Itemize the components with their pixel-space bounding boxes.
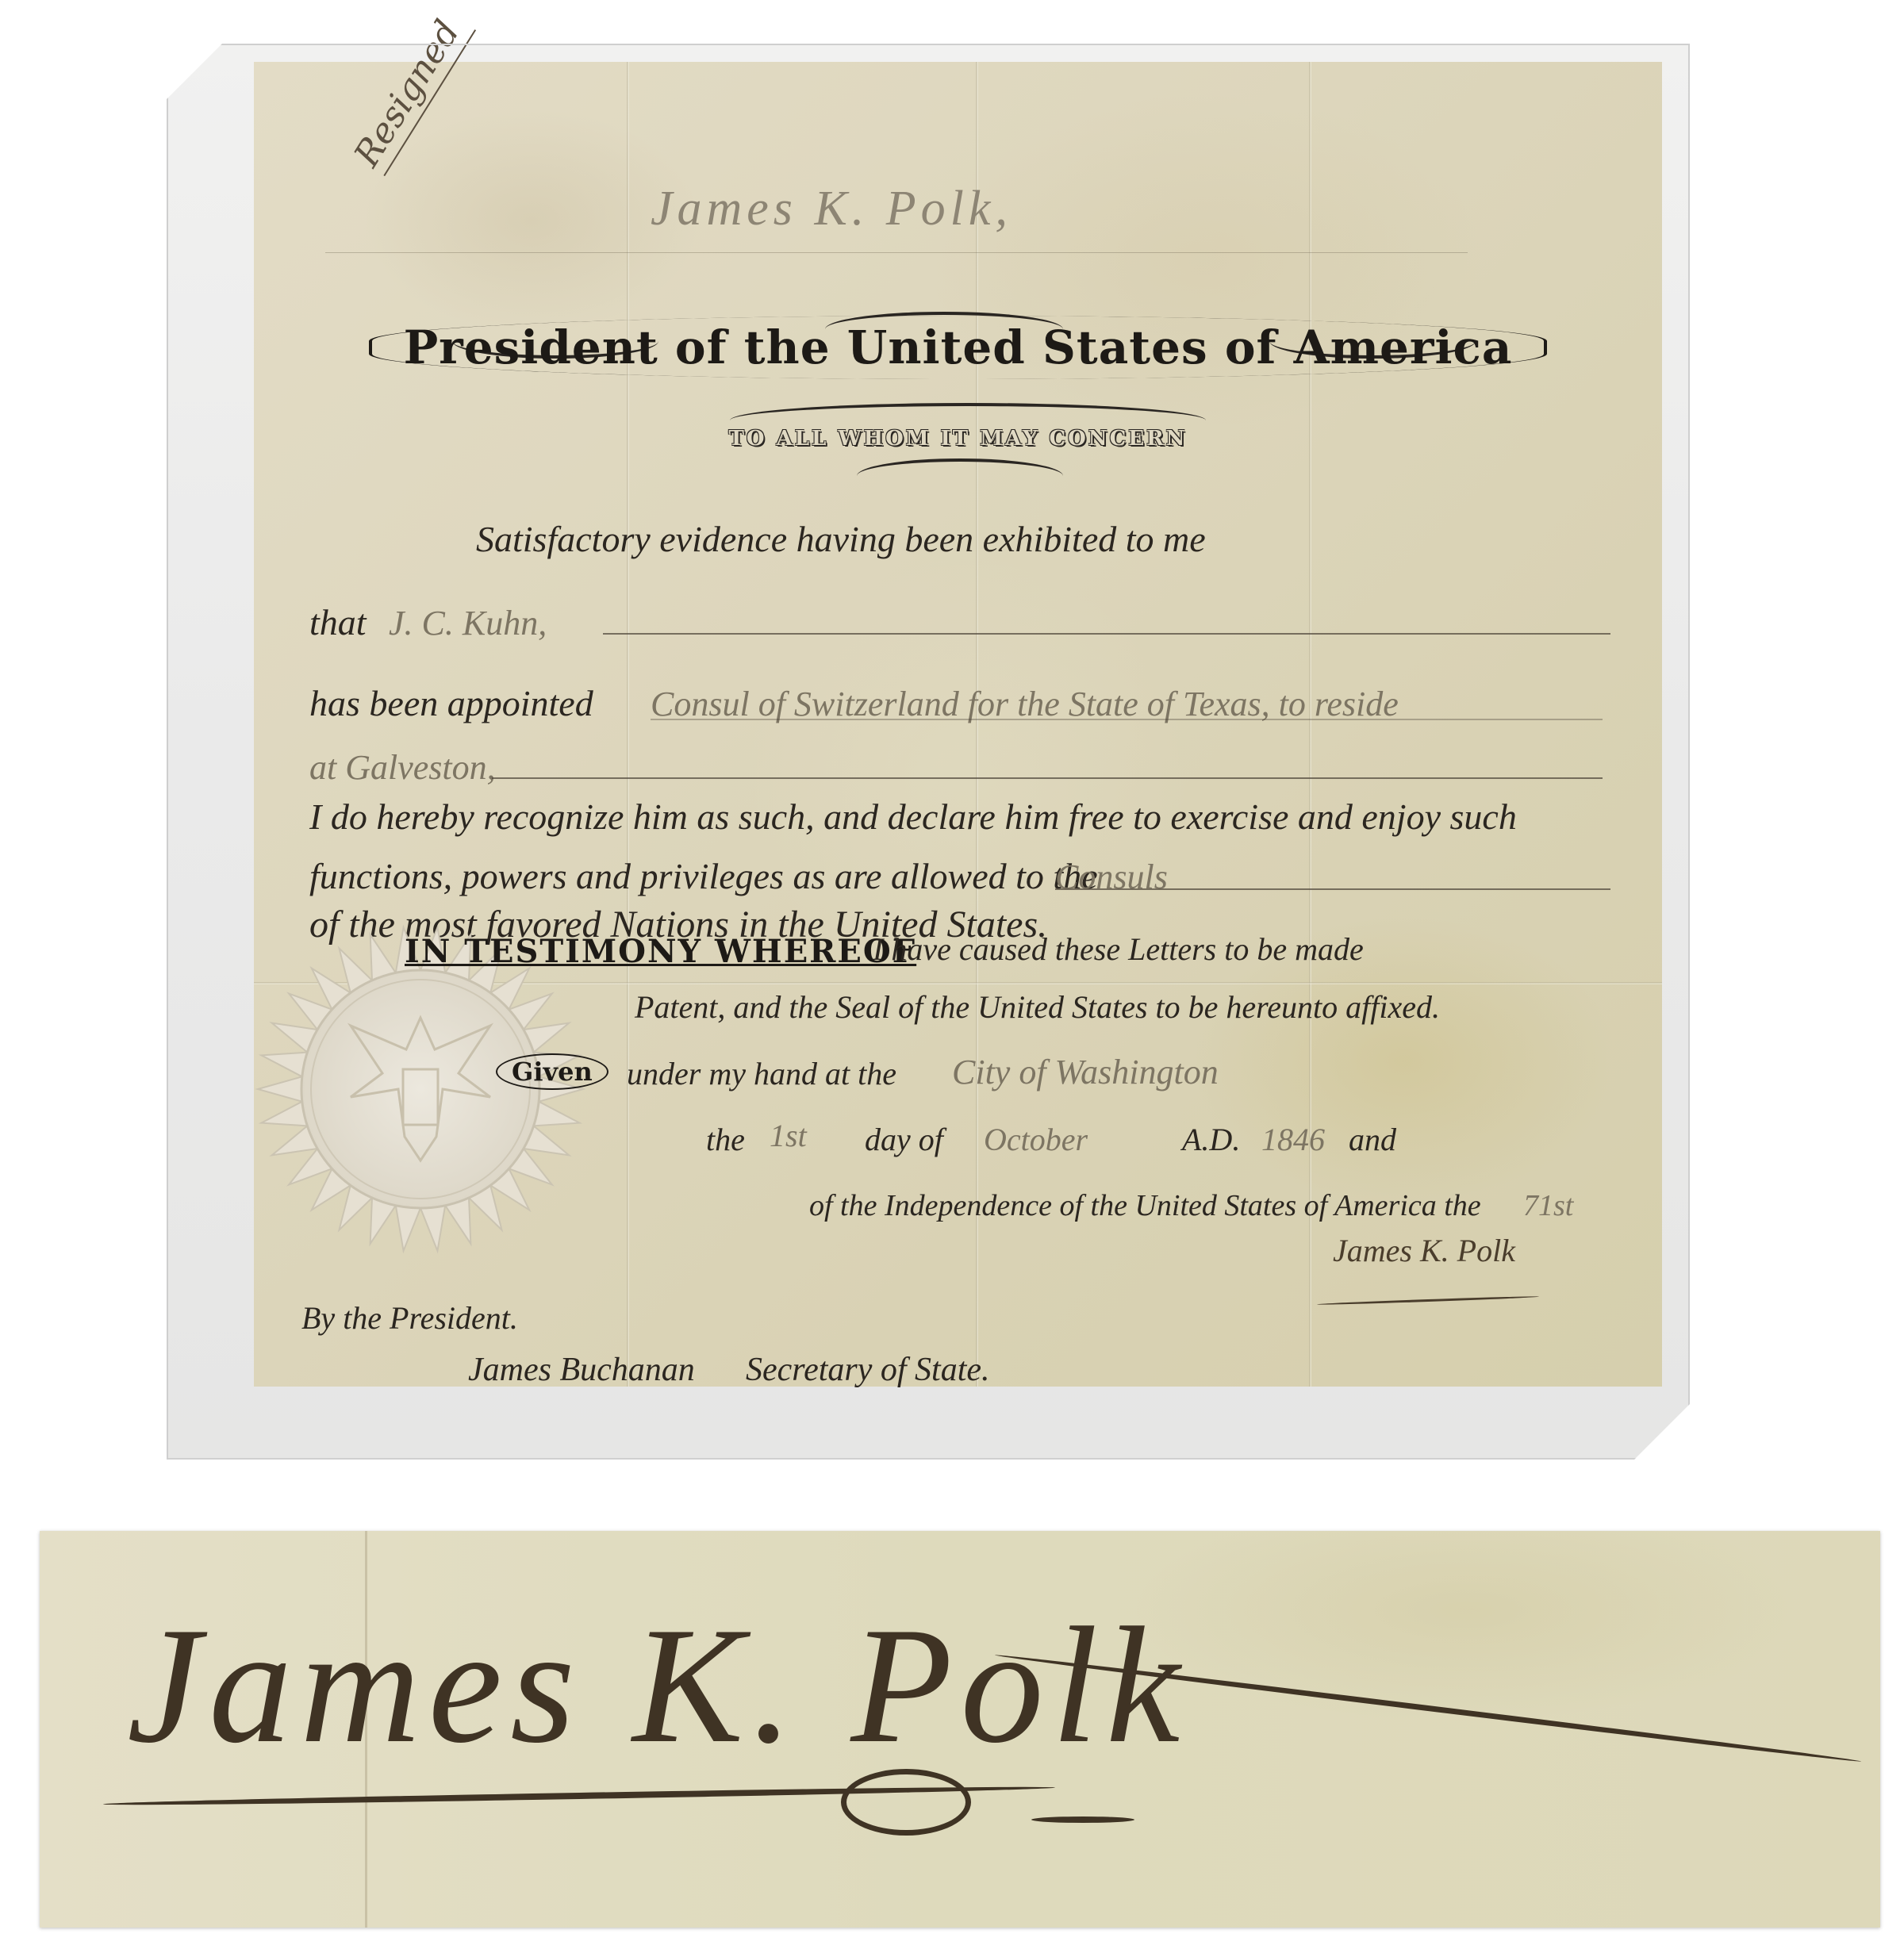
body-line-6-prefix: functions, powers and privileges as are … [309, 855, 1098, 897]
city-name: City of Washington [952, 1052, 1219, 1092]
document-title: President of the United States of Americ… [369, 316, 1548, 379]
header-rule [325, 252, 1468, 253]
given-label: Given [496, 1053, 608, 1090]
president-signature: James K. Polk [1333, 1232, 1515, 1269]
independence-year: 71st [1523, 1188, 1573, 1223]
signature-flick [1031, 1816, 1134, 1823]
secretary-name: James Buchanan [468, 1351, 695, 1389]
fold-line [627, 62, 629, 1387]
date-year-suffix: and [1349, 1121, 1396, 1158]
document-subtitle: TO ALL WHOM IT MAY CONCERN [254, 427, 1662, 451]
date-day-of: day of [865, 1121, 943, 1158]
testimony-line-2: Patent, and the Seal of the United State… [635, 988, 1440, 1026]
given-line: under my hand at the [627, 1055, 896, 1092]
consuls-word: Consuls [1055, 857, 1168, 897]
secretary-title: Secretary of State. [746, 1351, 990, 1389]
body-line-1: Satisfactory evidence having been exhibi… [476, 518, 1206, 560]
body-line-5: I do hereby recognize him as such, and d… [309, 796, 1517, 838]
date-year-prefix: A.D. [1182, 1121, 1240, 1158]
testimony-line-1: I have caused these Letters to be made [873, 930, 1364, 968]
fill-rule [1055, 888, 1610, 890]
fill-rule [603, 633, 1610, 635]
enlarged-president-signature: James K. Polk [127, 1602, 1188, 1769]
date-day: 1st [770, 1117, 807, 1154]
body-line-3-prefix: has been appointed [309, 682, 593, 724]
document-title-band: President of the United States of Americ… [254, 316, 1662, 379]
fill-rule [492, 777, 1603, 779]
independence-line: of the Independence of the United States… [809, 1188, 1481, 1223]
testimony-heading: IN TESTIMONY WHEREOF [405, 933, 916, 970]
date-year: 1846 [1261, 1121, 1325, 1158]
residence-text: at Galveston, [309, 747, 496, 788]
appointee-name: J. C. Kuhn, [389, 603, 547, 643]
date-month: October [984, 1121, 1088, 1158]
header-president-name: James K. Polk, [651, 181, 1012, 237]
body-line-2-prefix: that [309, 601, 367, 643]
signature-detail-crop: James K. Polk [40, 1531, 1880, 1928]
resigned-annotation: Resigned [347, 13, 468, 174]
date-prefix: the [706, 1121, 745, 1158]
fill-rule [651, 719, 1603, 720]
signature-flourish [1317, 1295, 1539, 1306]
document-paper: Resigned James K. Polk, President of the… [254, 62, 1662, 1387]
by-the-president: By the President. [301, 1299, 518, 1337]
flourish [857, 458, 1063, 493]
signature-loop [841, 1769, 971, 1836]
